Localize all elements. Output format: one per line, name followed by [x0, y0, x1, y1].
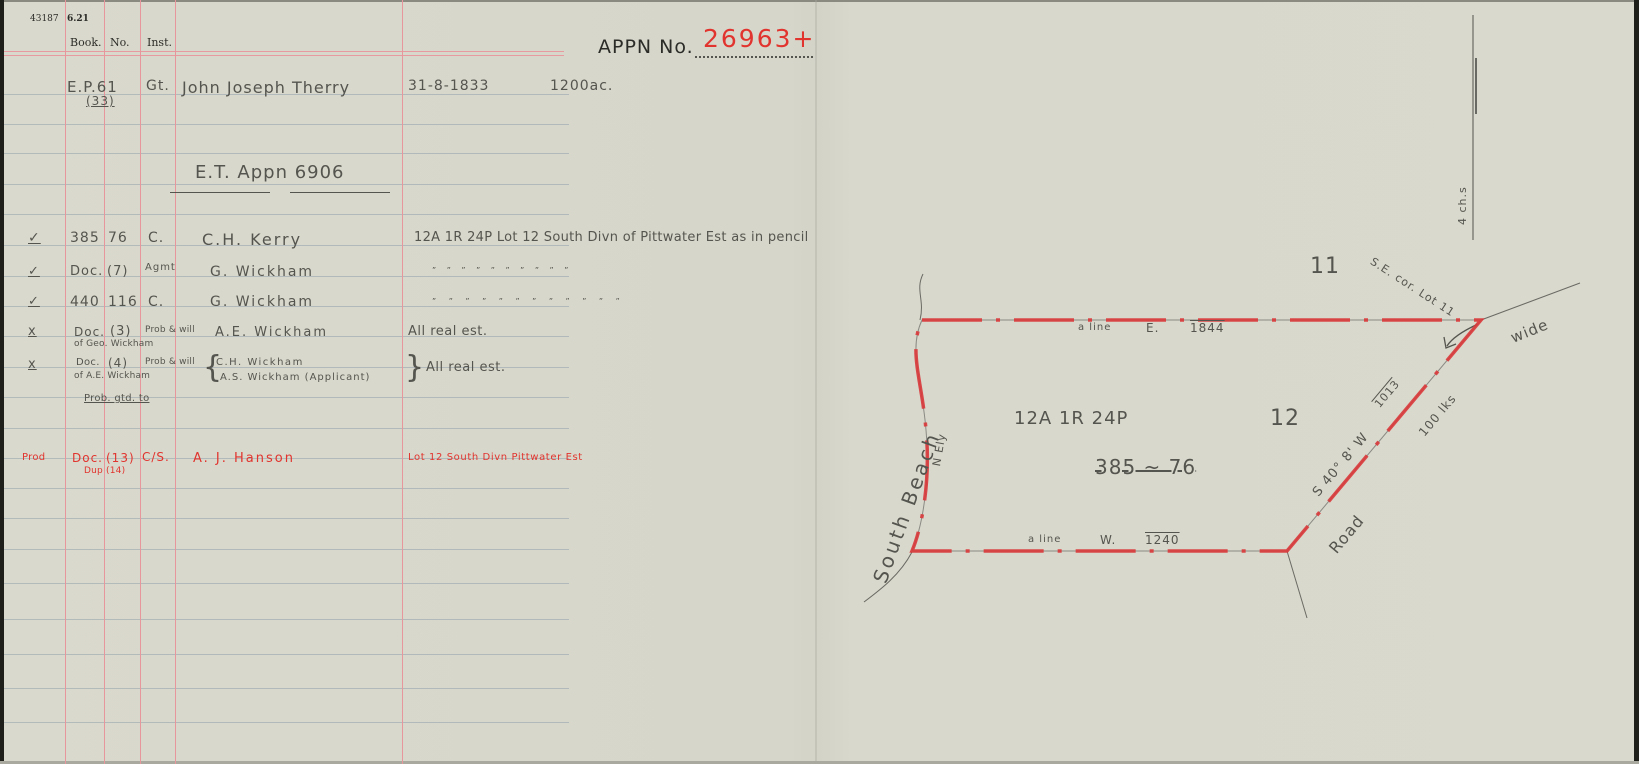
- section-underline: [290, 192, 390, 193]
- column-header-no: No.: [110, 36, 130, 49]
- beach-label: South Beach: [868, 428, 945, 586]
- entry-party: G. Wickham: [210, 264, 314, 280]
- entry-inst: C.: [148, 230, 164, 246]
- entry-party: C.H. Kerry: [202, 230, 302, 249]
- south-boundary-length: 1240: [1145, 533, 1180, 547]
- entry-no: (3): [110, 324, 131, 339]
- entry-inst: Prob & will: [145, 357, 195, 367]
- adjoining-lot-number: 11: [1310, 254, 1340, 279]
- ruled-line: [4, 722, 569, 723]
- road-label: Road: [1325, 511, 1368, 557]
- ruled-line: [4, 184, 569, 185]
- ruled-line: [4, 518, 569, 519]
- entry-mark: x: [28, 357, 37, 372]
- north-boundary-bearing: E.: [1146, 321, 1159, 335]
- column-header-book: Book.: [70, 36, 102, 49]
- column-rule: [175, 0, 176, 764]
- entry-party-applicant: A.S. Wickham (Applicant): [220, 372, 370, 383]
- corner-note: S.E. cor. Lot 11: [1368, 255, 1457, 319]
- ruled-line: [4, 153, 569, 154]
- entry-mark: ✓: [28, 264, 40, 279]
- application-label: APPN No.: [598, 36, 694, 58]
- south-boundary-bearing: W.: [1100, 533, 1116, 547]
- grant-instrument: Gt.: [146, 78, 170, 94]
- page-edge-right: [1634, 0, 1639, 764]
- grant-date: 31-8-1833: [408, 78, 489, 94]
- north-boundary-label: a line: [1078, 322, 1111, 333]
- entry-inst: Prob & will: [145, 325, 195, 335]
- red-entry-party: A. J. Hanson: [193, 451, 295, 466]
- column-rule: [65, 0, 66, 764]
- entry-mark: x: [28, 324, 37, 339]
- entry-description: All real est.: [408, 324, 488, 339]
- ruled-line: [4, 428, 569, 429]
- road-wide-label: wide: [1508, 315, 1551, 346]
- ruled-line: [4, 124, 569, 125]
- red-entry-mark: Prod: [22, 452, 45, 463]
- red-entry-no: (13): [106, 451, 135, 465]
- ruled-line: [4, 654, 569, 655]
- plot-reference: 385 ~ 76: [1095, 455, 1196, 479]
- entry-inst-sub: of A.E. Wickham: [74, 371, 150, 381]
- page-fold: [815, 0, 817, 764]
- ruled-line: [4, 688, 569, 689]
- right-brace: }: [405, 353, 424, 383]
- plot-lot-number: 12: [1270, 406, 1300, 431]
- column-rule: [140, 0, 141, 764]
- form-code: 6.21: [67, 14, 89, 24]
- grant-area: 1200ac.: [550, 78, 613, 94]
- entry-inst: Agmt: [145, 262, 176, 273]
- register-page: 43187 6.21 Book. No. Inst. APPN No. 2696…: [0, 0, 1639, 764]
- entry-inst-sub: of Geo. Wickham: [74, 339, 153, 349]
- column-rule: [104, 0, 105, 764]
- entry-party: C.H. Wickham: [216, 357, 304, 368]
- entry-no: (4): [108, 356, 128, 370]
- application-number: 26963+: [703, 24, 815, 53]
- road-width: 100 lks: [1416, 391, 1459, 439]
- red-entry-inst: C/S.: [142, 450, 170, 464]
- entry-description: All real est.: [426, 360, 506, 375]
- ruled-line: [4, 619, 569, 620]
- ruled-line: [4, 488, 569, 489]
- entry-ditto: ” ” ” ” ” ” ” ” ” ”: [432, 266, 572, 275]
- north-boundary-length: 1844: [1190, 321, 1225, 335]
- east-boundary-length: 1013: [1372, 377, 1403, 410]
- entry-no: 76: [108, 230, 128, 246]
- header-rule: [4, 51, 564, 56]
- section-title: E.T. Appn 6906: [195, 162, 345, 183]
- entry-mark: ✓: [28, 294, 40, 309]
- ruled-line: [4, 583, 569, 584]
- south-boundary-label: a line: [1028, 534, 1061, 545]
- entry-book: Doc.: [76, 357, 100, 368]
- entry-no: 116: [108, 294, 138, 310]
- application-dotted-line: [695, 56, 813, 58]
- entry-ditto: ” ” ” ” ” ” ” ” ” ” ” ”: [432, 297, 625, 306]
- entry-book: Doc.: [74, 325, 105, 339]
- east-boundary-bearing: S 40° 8' W: [1310, 430, 1372, 500]
- entry-description: 12A 1R 24P Lot 12 South Divn of Pittwate…: [414, 230, 809, 245]
- entry-party: A.E. Wickham: [215, 325, 328, 340]
- entry-book: 385: [70, 230, 100, 246]
- entry-book: Doc.: [70, 264, 103, 279]
- column-rule: [402, 0, 403, 764]
- probate-note: Prob. gtd. to: [84, 393, 149, 404]
- entry-party: G. Wickham: [210, 294, 314, 310]
- entry-book: 440: [70, 294, 100, 310]
- form-number: 43187: [30, 14, 59, 24]
- entry-mark: ✓: [28, 230, 41, 246]
- margin-note: 4 ch.s: [1456, 186, 1469, 225]
- red-entry-sub: Dup (14): [84, 466, 125, 476]
- red-entry-book: Doc.: [72, 451, 103, 465]
- grant-name: John Joseph Therry: [182, 78, 350, 97]
- grant-book-sub: (33): [86, 94, 115, 108]
- red-entry-description: Lot 12 South Divn Pittwater Est: [408, 452, 583, 463]
- section-underline: [170, 192, 270, 193]
- column-header-inst: Inst.: [147, 36, 172, 49]
- entry-no: (7): [107, 264, 128, 279]
- ruled-line: [4, 214, 569, 215]
- ruled-line: [4, 549, 569, 550]
- entry-inst: C.: [148, 294, 164, 310]
- plot-area: 12A 1R 24P: [1014, 408, 1128, 429]
